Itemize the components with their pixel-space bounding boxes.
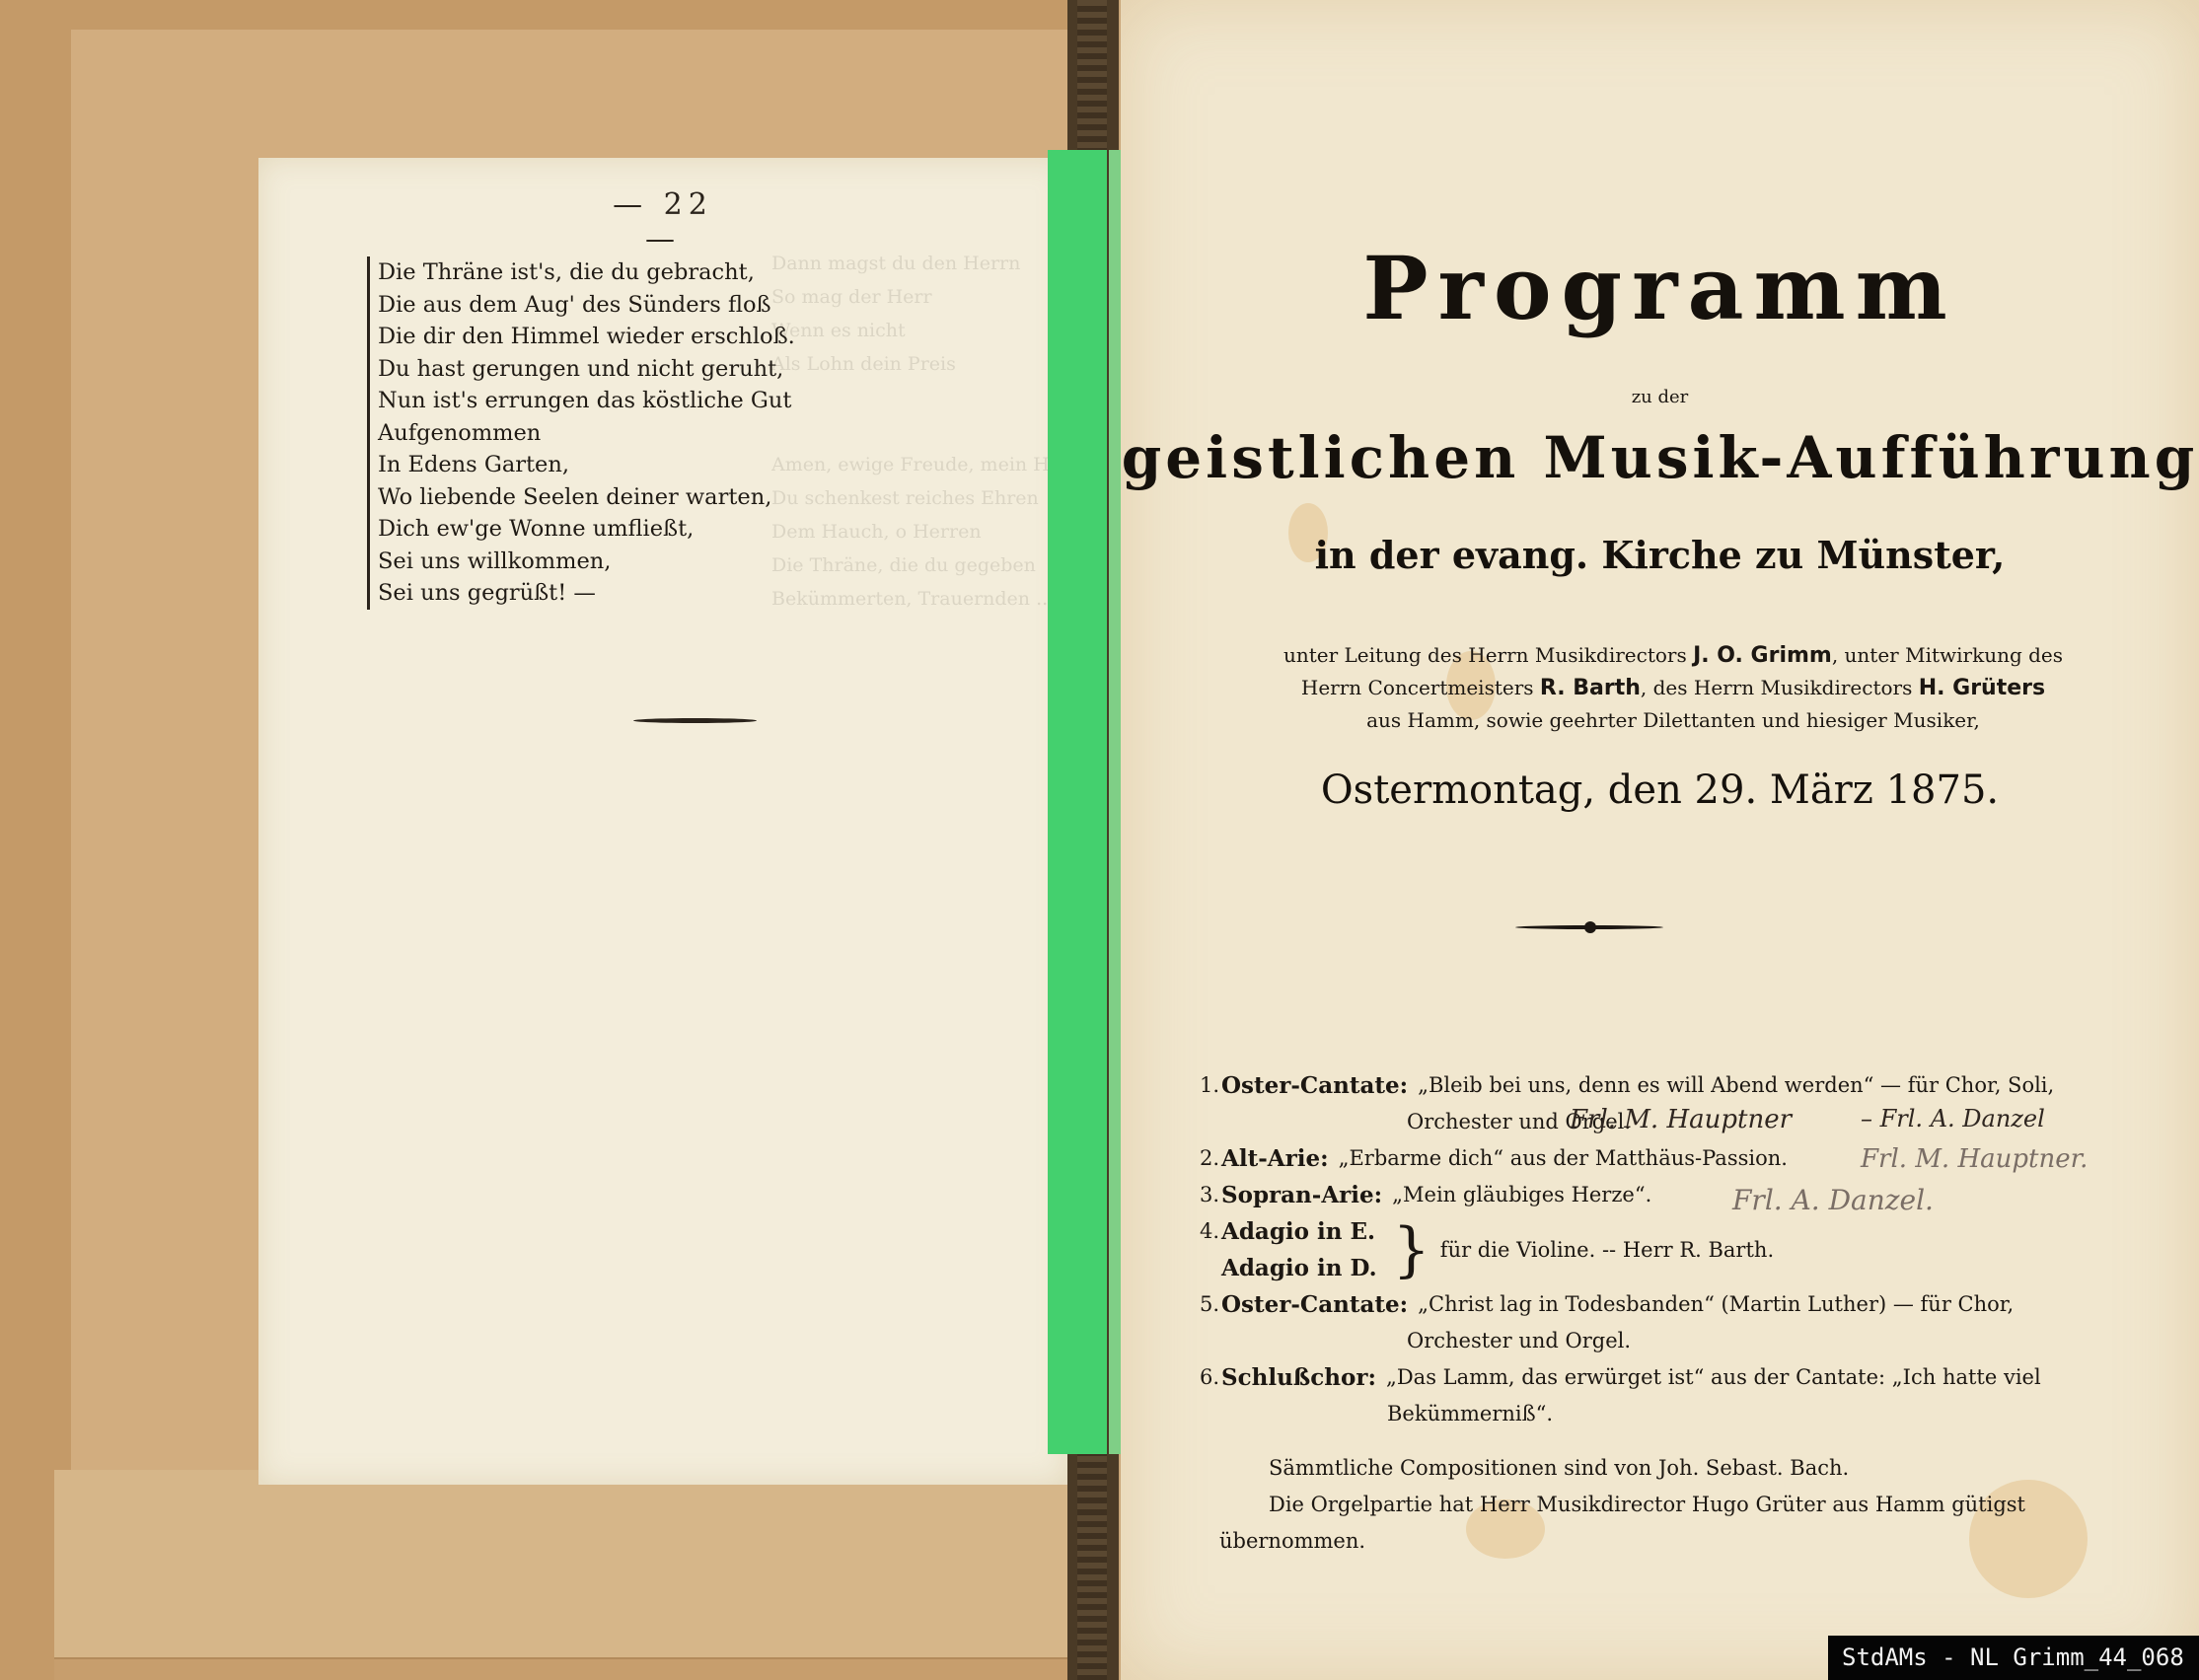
item-label: Adagio in E. [1221,1213,1377,1250]
program-item: 3. Sopran-Arie: „Mein gläubiges Herze“. [1200,1177,2137,1213]
item-label: Sopran-Arie: [1221,1177,1382,1213]
conductor-name: J. O. Grimm [1693,643,1832,668]
left-bottom-flap-inner [54,1470,1080,1659]
item-label: Oster-Cantate: [1221,1286,1408,1323]
brace-icon: } [1393,1220,1430,1279]
poem-line: Die aus dem Aug' des Sünders floß [378,289,795,322]
organ-note: Die Orgelpartie hat Herr Musikdirector H… [1219,1487,2166,1523]
organ-note-continuation: übernommen. [1219,1523,2166,1560]
credit-text: , unter Mitwirkung des [1832,643,2063,667]
item-label: Alt-Arie: [1221,1140,1329,1177]
item-text: „Das Lamm, das erwürget ist“ aus der Can… [1386,1359,2137,1396]
archive-reference-label: StdAMs - NL Grimm_44_068 [1828,1636,2199,1680]
title-connector: zu der [1121,387,2199,407]
handwritten-note: Frl. A. Danzel. [1732,1184,1934,1216]
item-number: 4. [1200,1213,1221,1250]
right-page: Programm zu der geistlichen Musik-Auffüh… [1121,0,2199,1680]
program-item: 6. Schlußchor: „Das Lamm, das erwürget i… [1200,1359,2137,1396]
left-page: Dann magst du den HerrnSo mag der HerrWe… [258,158,1067,1485]
poem-line: Du hast gerungen und nicht geruht, [378,353,795,386]
composer-note: Sämmtliche Compositionen sind von Joh. S… [1219,1450,2166,1487]
poem-line: In Edens Garten, [378,449,795,481]
adagio-labels: Adagio in E. Adagio in D. [1221,1213,1387,1286]
bleed-through-text: Dann magst du den HerrnSo mag der HerrWe… [771,247,1058,616]
poem-line: Dich ew'ge Wonne umfließt, [378,513,795,546]
event-date: Ostermontag, den 29. März 1875. [1121,767,2199,813]
credit-text: , des Herrn Musikdirectors [1641,676,1919,699]
green-tape-strip [1048,150,1107,1454]
poem-line: Sei uns gegrüßt! — [378,577,795,610]
program-title: Programm [1121,237,2199,339]
item-number: 6. [1200,1359,1221,1396]
item-text: „Christ lag in Todesbanden“ (Martin Luth… [1418,1286,2137,1323]
item-label: Oster-Cantate: [1221,1067,1408,1104]
handwritten-note: – Frl. A. Danzel [1861,1105,2045,1132]
green-tape-edge [1109,150,1121,1454]
program-item: 1. Oster-Cantate: „Bleib bei uns, denn e… [1200,1067,2137,1104]
ornamental-divider-icon [633,718,757,723]
program-item: 5. Oster-Cantate: „Christ lag in Todesba… [1200,1286,2137,1323]
handwritten-note: Frl. M. Hauptner. [1861,1144,2088,1174]
poem-line: Nun ist's errungen das köstliche Gut [378,385,795,417]
music-director-name: H. Grüters [1919,676,2045,700]
item-text: „Bleib bei uns, denn es will Abend werde… [1418,1067,2137,1104]
poem-line: Sei uns willkommen, [378,546,795,578]
item-label: Adagio in D. [1221,1250,1377,1286]
item-number: 2. [1200,1140,1221,1177]
concertmaster-name: R. Barth [1540,676,1641,700]
item-number: 3. [1200,1177,1221,1213]
poem-line: Aufgenommen [378,417,795,450]
item-number: 5. [1200,1286,1221,1323]
event-title: geistlichen Musik-Aufführung [1121,424,2199,491]
program-item: 4. Adagio in E. Adagio in D. } für die V… [1200,1213,2137,1286]
venue-line: in der evang. Kirche zu Münster, [1121,533,2199,577]
footer-note: Sämmtliche Compositionen sind von Joh. S… [1219,1450,2166,1560]
item-continuation: Orchester und Orgel. [1200,1323,2137,1359]
credit-text: aus Hamm, sowie geehrter Dilettanten und… [1366,708,1980,732]
handwritten-note: Frl. M. Hauptner [1570,1105,1792,1134]
credit-text: Herrn Concertmeisters [1301,676,1540,699]
performers-credits: unter Leitung des Herrn Musikdirectors J… [1209,639,2137,737]
ornament-dot-icon [1584,921,1596,933]
poem-line: Die dir den Himmel wieder erschloß. [378,321,795,353]
item-number: 1. [1200,1067,1221,1104]
credit-text: unter Leitung des Herrn Musikdirectors [1283,643,1693,667]
item-text: für die Violine. -- Herr R. Barth. [1440,1232,2137,1269]
poem-stanza: Die Thräne ist's, die du gebracht, Die a… [367,256,795,610]
item-continuation: Bekümmerniß“. [1200,1396,2137,1432]
item-label: Schlußchor: [1221,1359,1376,1396]
poem-line: Wo liebende Seelen deiner warten, [378,481,795,514]
page-number: — 22 — [594,187,732,256]
poem-line: Die Thräne ist's, die du gebracht, [378,256,795,289]
